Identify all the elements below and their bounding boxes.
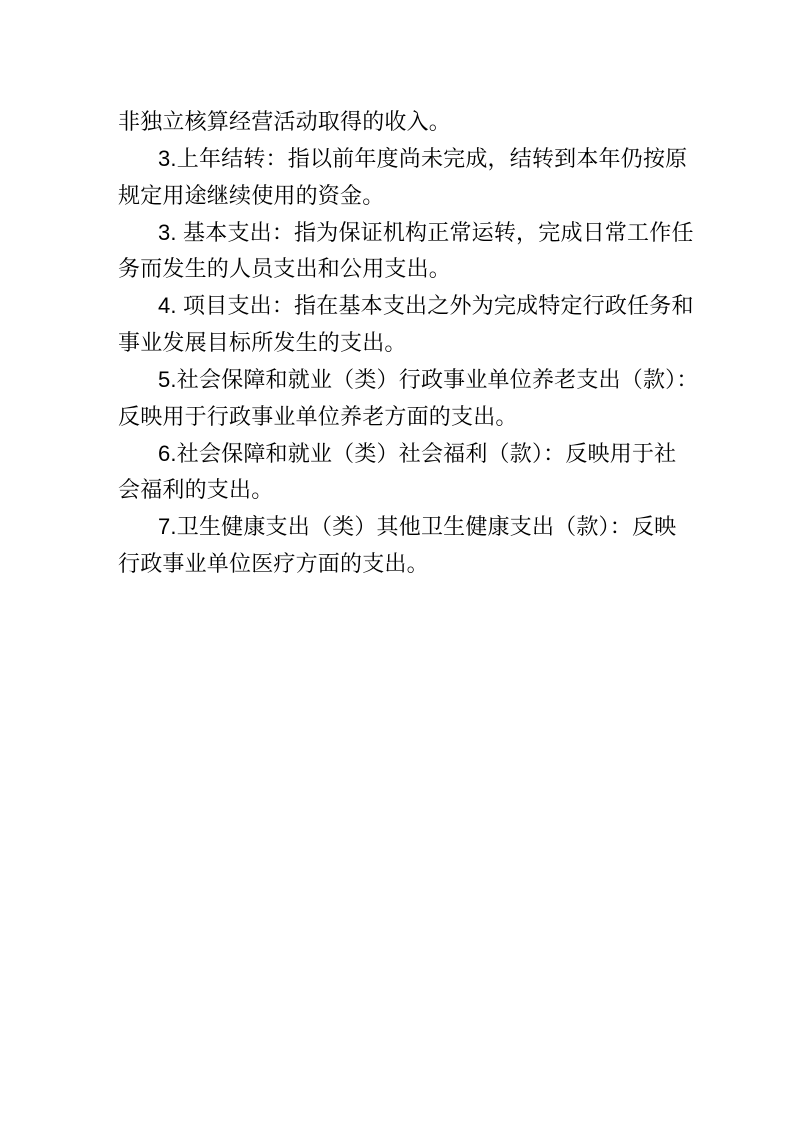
text-line: 非独立核算经营活动取得的收入。 [118, 104, 678, 141]
text-line: 3.上年结转：指以前年度尚未完成，结转到本年仍按原 [118, 141, 678, 178]
text-line: 规定用途继续使用的资金。 [118, 178, 678, 215]
text-line: 反映用于行政事业单位养老方面的支出。 [118, 399, 678, 436]
text-line: 务而发生的人员支出和公用支出。 [118, 251, 678, 288]
text-line: 6.社会保障和就业（类）社会福利（款）：反映用于社 [118, 436, 678, 473]
text-line: 事业发展目标所发生的支出。 [118, 325, 678, 362]
text-line: 5.社会保障和就业（类）行政事业单位养老支出（款）： [118, 362, 678, 399]
text-line: 会福利的支出。 [118, 472, 678, 509]
document-text-block: 非独立核算经营活动取得的收入。 3.上年结转：指以前年度尚未完成，结转到本年仍按… [118, 104, 678, 583]
text-line: 3. 基本支出：指为保证机构正常运转，完成日常工作任 [118, 215, 678, 252]
document-page: 非独立核算经营活动取得的收入。 3.上年结转：指以前年度尚未完成，结转到本年仍按… [0, 0, 794, 1122]
text-line: 7.卫生健康支出（类）其他卫生健康支出（款）：反映 [118, 509, 678, 546]
text-line: 4. 项目支出：指在基本支出之外为完成特定行政任务和 [118, 288, 678, 325]
text-line: 行政事业单位医疗方面的支出。 [118, 546, 678, 583]
